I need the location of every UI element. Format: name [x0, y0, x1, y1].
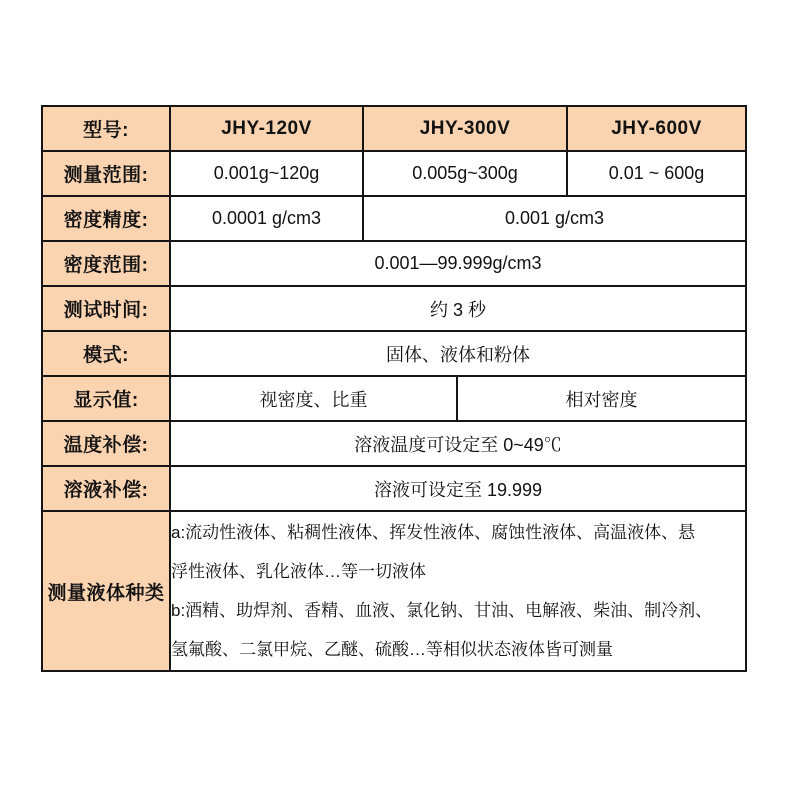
page: 型号: JHY-120V JHY-300V JHY-600V 测量范围: 0.0…	[0, 0, 800, 800]
mode-value: 固体、液体和粉体	[170, 331, 746, 376]
precision-300v-600v: 0.001 g/cm3	[363, 196, 746, 241]
row-label-solution-compensation: 溶液补偿:	[42, 466, 170, 511]
row-label-test-time: 测试时间:	[42, 286, 170, 331]
row-display-value: 显示值: 视密度、比重 相对密度	[42, 376, 746, 421]
row-liquid-types: 测量液体种类 a:流动性液体、粘稠性液体、挥发性液体、腐蚀性液体、高温液体、悬 …	[42, 511, 746, 671]
row-label-density-precision: 密度精度:	[42, 196, 170, 241]
row-model: 型号: JHY-120V JHY-300V JHY-600V	[42, 106, 746, 151]
row-density-range: 密度范围: 0.001—99.999g/cm3	[42, 241, 746, 286]
row-label-display-value: 显示值:	[42, 376, 170, 421]
test-time-value: 约 3 秒	[170, 286, 746, 331]
row-density-precision: 密度精度: 0.0001 g/cm3 0.001 g/cm3	[42, 196, 746, 241]
temp-compensation-value: 溶液温度可设定至 0~49℃	[170, 421, 746, 466]
density-range-value: 0.001—99.999g/cm3	[170, 241, 746, 286]
precision-120v: 0.0001 g/cm3	[170, 196, 363, 241]
model-jhy-600v: JHY-600V	[567, 106, 746, 151]
model-jhy-120v: JHY-120V	[170, 106, 363, 151]
liquid-types-line-b1: b:酒精、助焊剂、香精、血液、氯化钠、甘油、电解液、柴油、制冷剂、	[171, 591, 745, 630]
row-solution-compensation: 溶液补偿: 溶液可设定至 19.999	[42, 466, 746, 511]
row-mode: 模式: 固体、液体和粉体	[42, 331, 746, 376]
solution-compensation-value: 溶液可设定至 19.999	[170, 466, 746, 511]
spec-table: 型号: JHY-120V JHY-300V JHY-600V 测量范围: 0.0…	[41, 105, 747, 672]
row-label-measure-range: 测量范围:	[42, 151, 170, 196]
liquid-types-cell: a:流动性液体、粘稠性液体、挥发性液体、腐蚀性液体、高温液体、悬 浮性液体、乳化…	[170, 511, 746, 671]
row-label-temp-compensation: 温度补偿:	[42, 421, 170, 466]
display-value-left: 视密度、比重	[170, 376, 457, 421]
liquid-types-line-a1: a:流动性液体、粘稠性液体、挥发性液体、腐蚀性液体、高温液体、悬	[171, 513, 745, 552]
row-test-time: 测试时间: 约 3 秒	[42, 286, 746, 331]
row-label-density-range: 密度范围:	[42, 241, 170, 286]
row-label-model: 型号:	[42, 106, 170, 151]
row-label-mode: 模式:	[42, 331, 170, 376]
range-120v: 0.001g~120g	[170, 151, 363, 196]
liquid-types-line-b2: 氢氟酸、二氯甲烷、乙醚、硫酸…等相似状态液体皆可测量	[171, 630, 745, 669]
display-value-right: 相对密度	[457, 376, 746, 421]
range-300v: 0.005g~300g	[363, 151, 567, 196]
model-jhy-300v: JHY-300V	[363, 106, 567, 151]
range-600v: 0.01 ~ 600g	[567, 151, 746, 196]
liquid-types-line-a2: 浮性液体、乳化液体…等一切液体	[171, 552, 745, 591]
row-temp-compensation: 温度补偿: 溶液温度可设定至 0~49℃	[42, 421, 746, 466]
row-label-liquid-types: 测量液体种类	[42, 511, 170, 671]
row-measure-range: 测量范围: 0.001g~120g 0.005g~300g 0.01 ~ 600…	[42, 151, 746, 196]
